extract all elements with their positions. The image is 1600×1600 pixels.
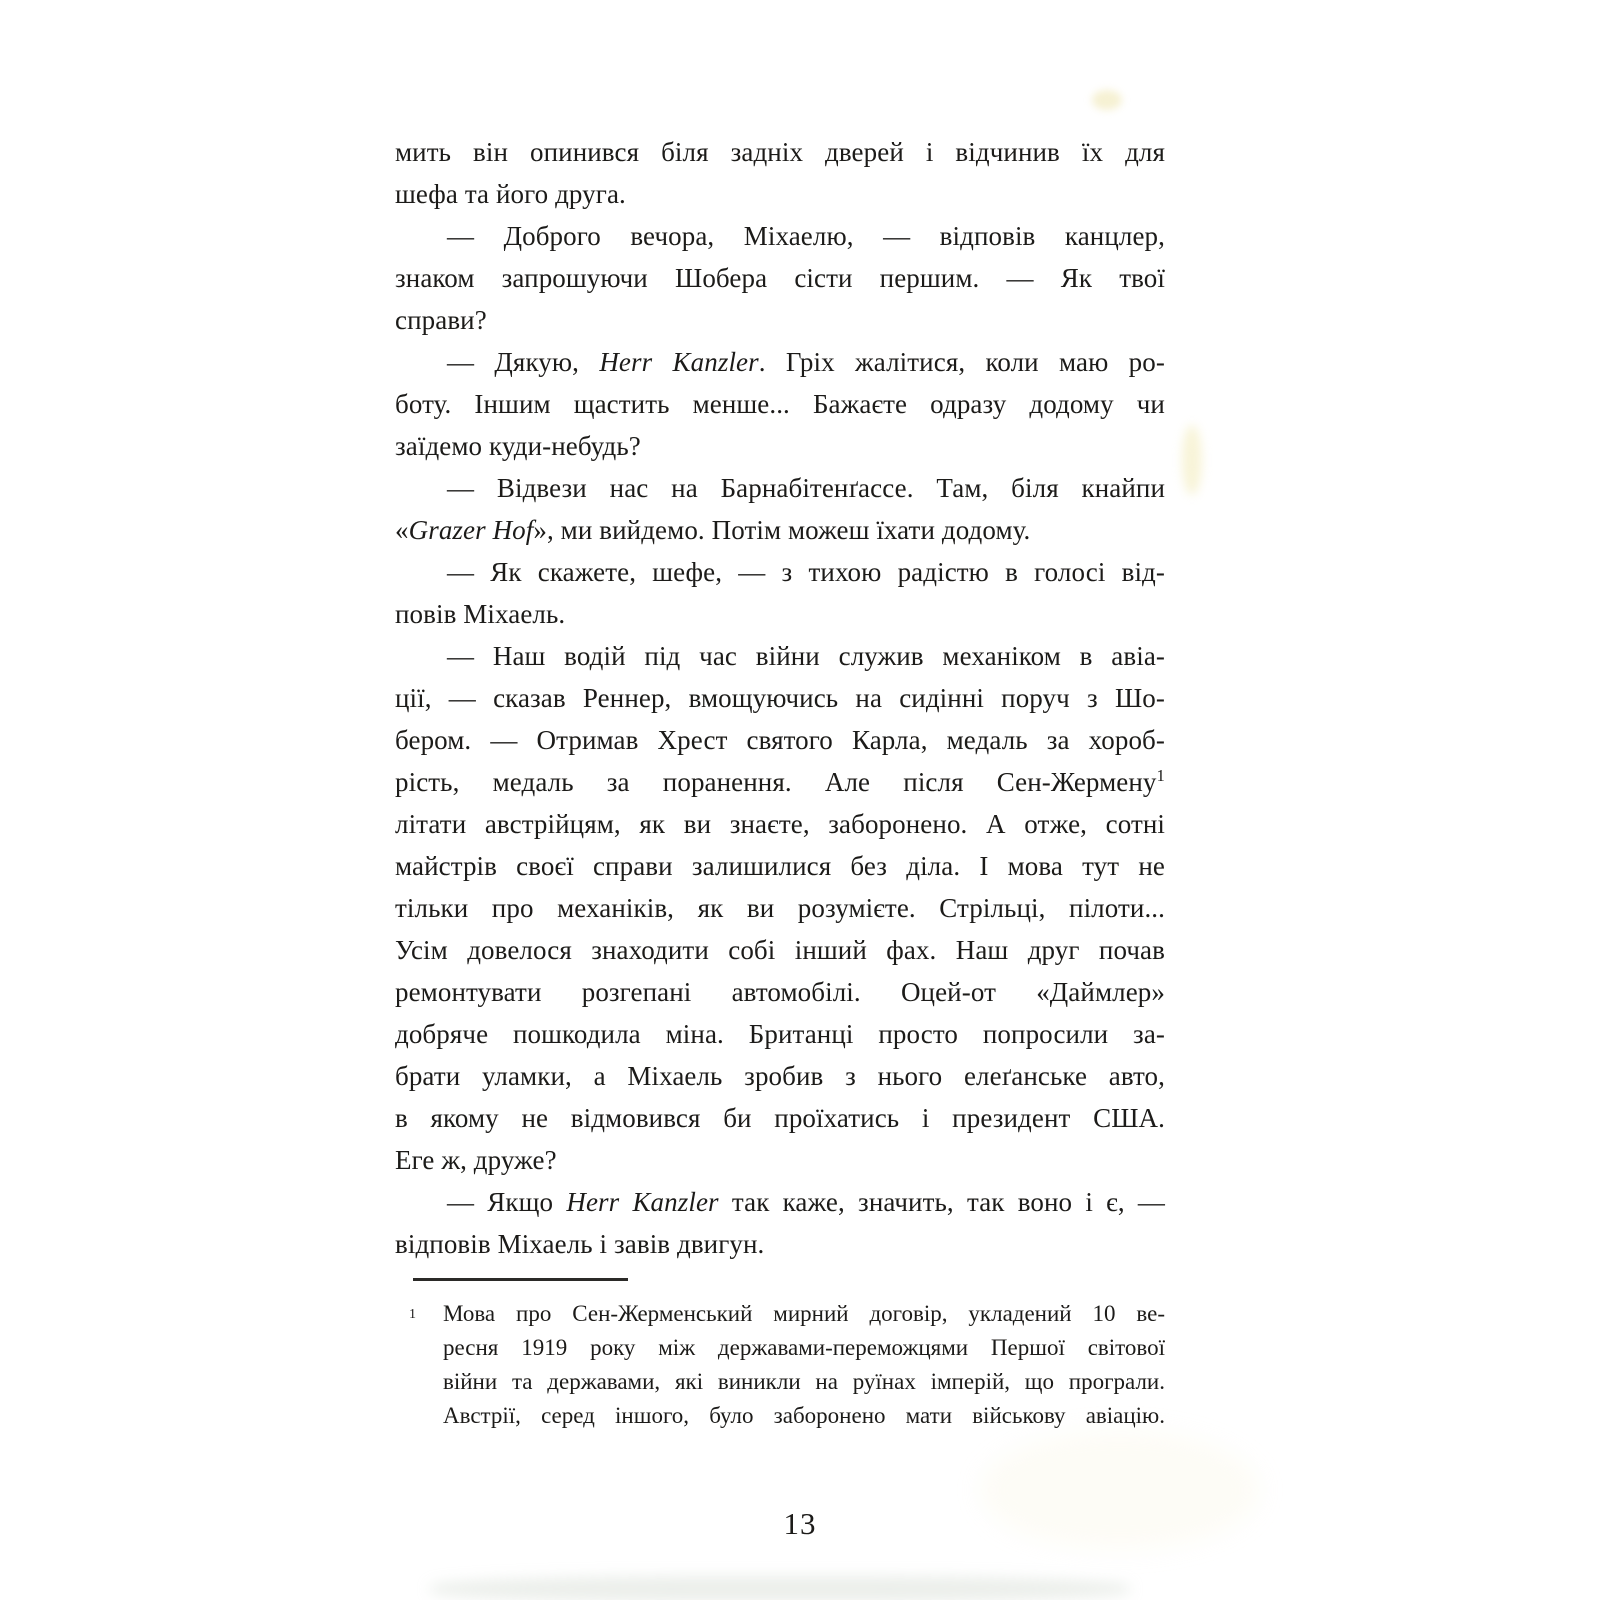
text-line: — Якщо Herr Kanzler так каже, значить, т… bbox=[395, 1181, 1165, 1223]
text-line: бером. — Отримав Хрест святого Карла, ме… bbox=[395, 719, 1165, 761]
text-segment: боту. Іншим щастить менше... Бажаєте одр… bbox=[395, 389, 1165, 419]
text-line: рість, медаль за поранення. Але після Се… bbox=[395, 761, 1165, 803]
footnote-text: Мова про Сен-Жерменський мирний договір,… bbox=[443, 1297, 1165, 1433]
book-page-scan: мить він опинився біля задніх дверей і в… bbox=[0, 0, 1600, 1600]
text-line: тільки про механіків, як ви розумієте. С… bbox=[395, 887, 1165, 929]
text-segment: повів Міхаель. bbox=[395, 599, 565, 629]
text-segment: . Гріх жалітися, коли маю ро- bbox=[759, 347, 1165, 377]
text-segment: в якому не відмовився би проїхатись і пр… bbox=[395, 1103, 1165, 1133]
text-line: — Наш водій під час війни служив механік… bbox=[395, 635, 1165, 677]
text-line: майстрів своєї справи залишилися без діл… bbox=[395, 845, 1165, 887]
text-segment: майстрів своєї справи залишилися без діл… bbox=[395, 851, 1165, 881]
footnote-line: Австрії, серед іншого, було заборонено м… bbox=[443, 1399, 1165, 1433]
text-line: — Доброго вечора, Міхаелю, — відповів ка… bbox=[395, 215, 1165, 257]
footnote-line: Мова про Сен-Жерменський мирний договір,… bbox=[443, 1297, 1165, 1331]
text-segment: ції, — сказав Реннер, вмощуючись на сиді… bbox=[395, 683, 1165, 713]
text-segment: справи? bbox=[395, 305, 487, 335]
text-line: боту. Іншим щастить менше... Бажаєте одр… bbox=[395, 383, 1165, 425]
text-segment: бером. — Отримав Хрест святого Карла, ме… bbox=[395, 725, 1165, 755]
text-segment: брати уламки, а Міхаель зробив з нього е… bbox=[395, 1061, 1165, 1091]
footnote: 1 Мова про Сен-Жерменський мирний догові… bbox=[395, 1297, 1165, 1433]
text-line: — Дякую, Herr Kanzler. Гріх жалітися, ко… bbox=[395, 341, 1165, 383]
italic-segment: Herr Kanzler bbox=[599, 347, 758, 377]
text-segment: », ми вийдемо. Потім можеш їхати додому. bbox=[533, 515, 1030, 545]
text-segment: Усім довелося знаходити собі інший фах. … bbox=[395, 935, 1165, 965]
text-line: шефа та його друга. bbox=[395, 173, 1165, 215]
text-line: — Як скажете, шефе, — з тихою радістю в … bbox=[395, 551, 1165, 593]
text-line: повів Міхаель. bbox=[395, 593, 1165, 635]
text-line: ції, — сказав Реннер, вмощуючись на сиді… bbox=[395, 677, 1165, 719]
text-segment: тільки про механіків, як ви розумієте. С… bbox=[395, 893, 1165, 923]
text-segment: літати австрійцям, як ви знаєте, заборон… bbox=[395, 809, 1165, 839]
text-segment: — Наш водій під час війни служив механік… bbox=[447, 641, 1165, 671]
text-segment: — Дякую, bbox=[447, 347, 599, 377]
text-segment: — Якщо bbox=[447, 1187, 566, 1217]
text-line: брати уламки, а Міхаель зробив з нього е… bbox=[395, 1055, 1165, 1097]
body-text: мить він опинився біля задніх дверей і в… bbox=[395, 131, 1165, 1265]
text-line: в якому не відмовився би проїхатись і пр… bbox=[395, 1097, 1165, 1139]
text-line: — Відвези нас на Барнабітенґассе. Там, б… bbox=[395, 467, 1165, 509]
text-line: Усім довелося знаходити собі інший фах. … bbox=[395, 929, 1165, 971]
italic-segment: Herr Kanzler bbox=[566, 1187, 718, 1217]
text-segment: заїдемо куди-небудь? bbox=[395, 431, 641, 461]
text-segment: відповів Міхаель і завів двигун. bbox=[395, 1229, 764, 1259]
text-segment: так каже, значить, так воно і є, — bbox=[719, 1187, 1165, 1217]
text-line: добряче пошкодила міна. Британці просто … bbox=[395, 1013, 1165, 1055]
scan-stain-top-right bbox=[1092, 90, 1122, 110]
footnote-line: війни та державами, які виникли на руїна… bbox=[443, 1365, 1165, 1399]
text-segment: добряче пошкодила міна. Британці просто … bbox=[395, 1019, 1165, 1049]
text-line: літати австрійцям, як ви знаєте, заборон… bbox=[395, 803, 1165, 845]
footnote-reference-superscript: 1 bbox=[1157, 766, 1165, 785]
text-segment: Еге ж, друже? bbox=[395, 1145, 557, 1175]
text-segment: — Доброго вечора, Міхаелю, — відповів ка… bbox=[447, 221, 1165, 251]
text-line: ремонтувати розгепані автомобілі. Оцей-о… bbox=[395, 971, 1165, 1013]
text-segment: « bbox=[395, 515, 409, 545]
scan-smudge-bottom bbox=[430, 1576, 1130, 1600]
text-line: мить він опинився біля задніх дверей і в… bbox=[395, 131, 1165, 173]
text-line: заїдемо куди-небудь? bbox=[395, 425, 1165, 467]
footnote-line: ресня 1919 року між державами-переможцям… bbox=[443, 1331, 1165, 1365]
text-segment: шефа та його друга. bbox=[395, 179, 626, 209]
text-segment: ремонтувати розгепані автомобілі. Оцей-о… bbox=[395, 977, 1165, 1007]
scan-stain-right-edge bbox=[1182, 425, 1202, 495]
text-line: відповів Міхаель і завів двигун. bbox=[395, 1223, 1165, 1265]
page-number: 13 bbox=[0, 1506, 1600, 1542]
text-line: знаком запрошуючи Шобера сісти першим. —… bbox=[395, 257, 1165, 299]
text-segment: рість, медаль за поранення. Але після Се… bbox=[395, 767, 1157, 797]
text-segment: мить він опинився біля задніх дверей і в… bbox=[395, 137, 1165, 167]
text-line: Еге ж, друже? bbox=[395, 1139, 1165, 1181]
footnote-separator bbox=[413, 1278, 628, 1281]
italic-segment: Grazer Hof bbox=[409, 515, 534, 545]
footnote-marker: 1 bbox=[409, 1298, 416, 1332]
text-segment: — Як скажете, шефе, — з тихою радістю в … bbox=[447, 557, 1165, 587]
text-segment: — Відвези нас на Барнабітенґассе. Там, б… bbox=[447, 473, 1165, 503]
text-line: справи? bbox=[395, 299, 1165, 341]
text-segment: знаком запрошуючи Шобера сісти першим. —… bbox=[395, 263, 1165, 293]
text-line: «Grazer Hof», ми вийдемо. Потім можеш їх… bbox=[395, 509, 1165, 551]
